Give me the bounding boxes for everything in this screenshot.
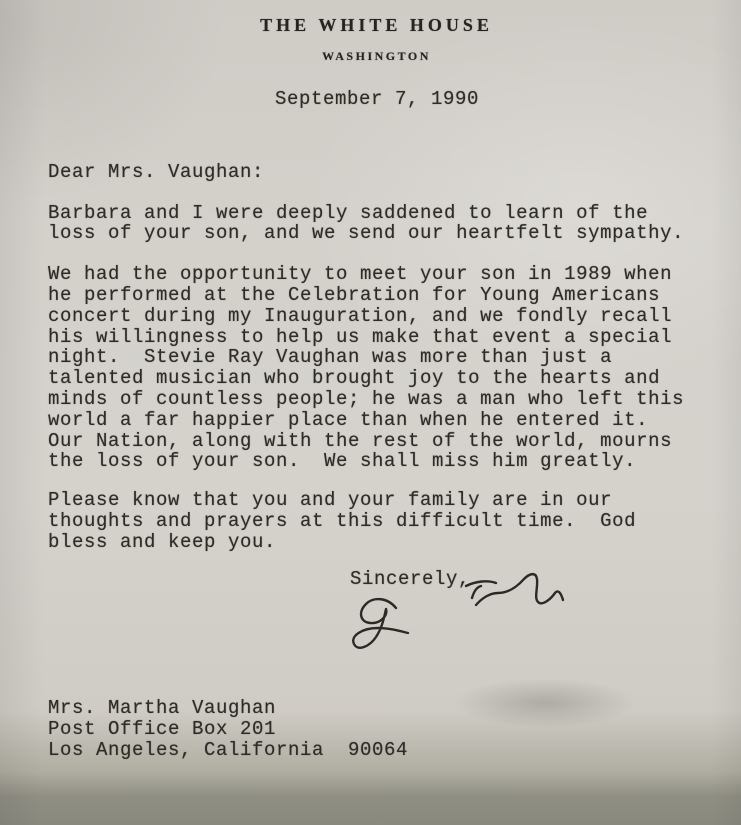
date-line: September 7, 1990 bbox=[275, 89, 705, 110]
letterhead-title: THE WHITE HOUSE bbox=[48, 14, 705, 36]
paragraph-prayers: Please know that you and your family are… bbox=[48, 490, 705, 552]
handwritten-signature bbox=[330, 560, 585, 665]
salutation: Dear Mrs. Vaughan: bbox=[48, 162, 705, 183]
letterhead-subtitle: WASHINGTON bbox=[48, 49, 705, 63]
letter-body: THE WHITE HOUSE WASHINGTON September 7, … bbox=[0, 0, 741, 825]
paragraph-sympathy: Barbara and I were deeply saddened to le… bbox=[48, 203, 705, 245]
recipient-address: Mrs. Martha Vaughan Post Office Box 201 … bbox=[48, 698, 408, 760]
letterhead: THE WHITE HOUSE WASHINGTON bbox=[48, 14, 705, 63]
paragraph-tribute: We had the opportunity to meet your son … bbox=[48, 264, 705, 472]
letter-photo: THE WHITE HOUSE WASHINGTON September 7, … bbox=[0, 0, 741, 825]
